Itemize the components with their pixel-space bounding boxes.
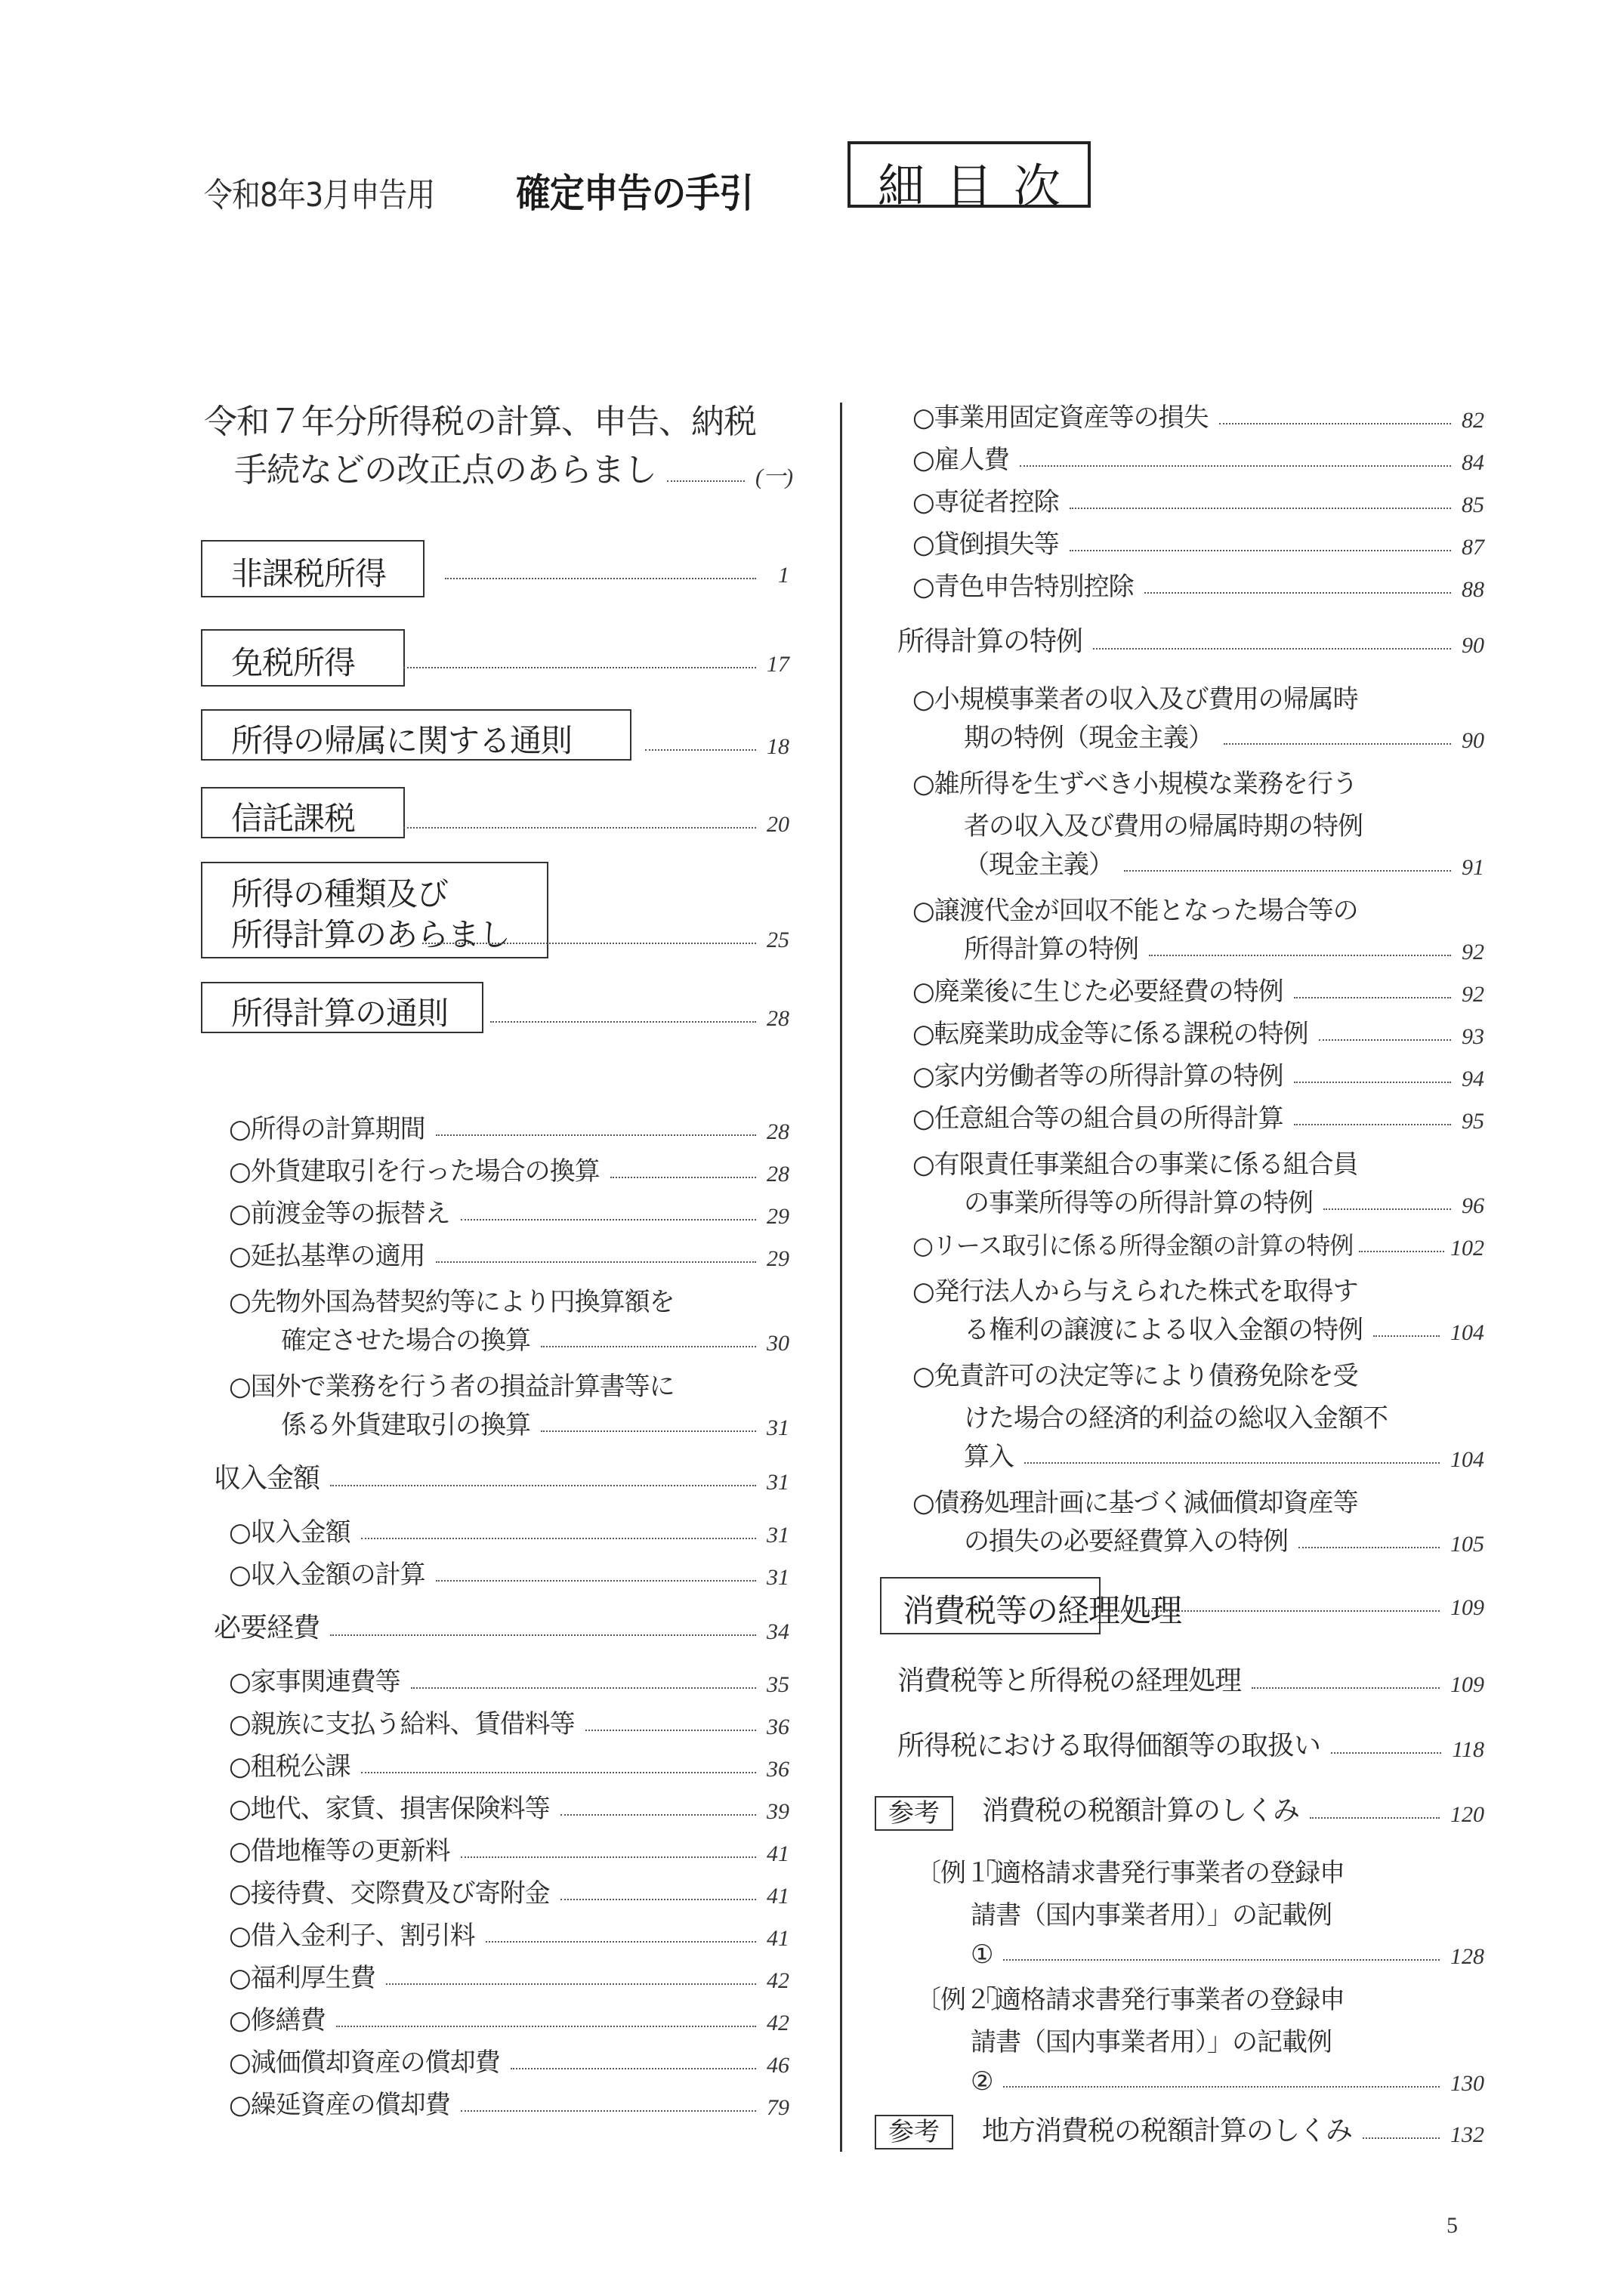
dot-leader (461, 1219, 756, 1221)
dot-leader (560, 1899, 756, 1900)
toc-entry[interactable]: ○転廃業助成金等に係る課税の特例93 (912, 1017, 1484, 1050)
toc-entry-label: 消費税等と所得税の経理処理 (897, 1659, 1241, 1698)
toc-entry[interactable]: の損失の必要経費算入の特例105 (964, 1524, 1484, 1557)
toc-entry-line: 請書（国内事業者用）」の記載例 (971, 2021, 1332, 2058)
toc-entry[interactable]: ○専従者控除85 (912, 485, 1484, 518)
toc-entry[interactable]: 消費税等と所得税の経理処理109 (897, 1665, 1484, 1698)
toc-page-number: 31 (767, 1470, 789, 1495)
dot-leader (645, 749, 756, 751)
toc-entry-label: 確定させた場合の換算 (281, 1319, 530, 1356)
section-box-kizoku[interactable]: 所得の帰属に関する通則 (201, 709, 631, 761)
toc-entry-hikazei[interactable]: 1 (434, 555, 789, 588)
toc-entry-line: ○免責許可の決定等により債務免除を受 (912, 1355, 1358, 1392)
toc-page-number: 25 (767, 927, 789, 953)
reference-badge: 参考 (875, 1796, 953, 1831)
toc-entry-line: 「適格請求書発行事業者の登録申 (971, 1979, 1345, 2016)
dot-leader (1294, 1124, 1451, 1125)
reference-badge: 参考 (875, 2115, 953, 2149)
dot-leader (386, 1983, 756, 1985)
section-box-shintaku[interactable]: 信託課税 (201, 787, 405, 838)
toc-entry-label: ○家事関連費等 (229, 1661, 400, 1698)
toc-entry-label: ○借入金利子、割引料 (229, 1915, 475, 1952)
toc-entry[interactable]: ○租税公課36 (229, 1749, 789, 1782)
toc-entry-consumption-tax[interactable]: 109 (1099, 1588, 1484, 1621)
toc-entry[interactable]: の事業所得等の所得計算の特例96 (964, 1186, 1484, 1219)
toc-entry-label: ○借地権等の更新料 (229, 1830, 450, 1867)
dot-leader (1224, 743, 1451, 745)
toc-page-number: 31 (767, 1415, 789, 1441)
dot-leader (403, 827, 756, 829)
dot-leader (1124, 870, 1451, 872)
dot-leader (361, 1538, 756, 1539)
toc-entry-line: けた場合の経済的利益の総収入金額不 (964, 1397, 1388, 1434)
dot-leader (1373, 1335, 1440, 1337)
toc-page-number: 34 (767, 1619, 789, 1645)
toc-page-number: 128 (1450, 1944, 1484, 1970)
toc-page-number: 85 (1462, 492, 1484, 518)
toc-entry[interactable]: 所得税における取得価額等の取扱い118 (897, 1730, 1484, 1763)
toc-entry-label: る権利の譲渡による収入金額の特例 (964, 1309, 1363, 1346)
toc-page-number: 41 (767, 1884, 789, 1909)
toc-entry-label: ○転廃業助成金等に係る課税の特例 (912, 1013, 1308, 1050)
toc-entry[interactable]: ○リース取引に係る所得金額の計算の特例102 (912, 1228, 1484, 1261)
toc-entry[interactable]: 所得計算の特例92 (964, 932, 1484, 965)
toc-entry-label: の損失の必要経費算入の特例 (964, 1520, 1288, 1557)
guide-edition-subtitle: 令和8年3月申告用 (204, 168, 434, 216)
toc-entry[interactable]: ○収入金額 31 (229, 1515, 789, 1548)
toc-entry-shurui[interactable]: 25 (412, 920, 789, 953)
toc-page-number: 31 (767, 1523, 789, 1548)
toc-page-number: 39 (767, 1799, 789, 1825)
toc-entry-label: ○接待費、交際費及び寄附金 (229, 1872, 550, 1909)
toc-page-number: 95 (1462, 1109, 1484, 1134)
dot-leader (436, 1261, 756, 1263)
toc-page-number: 36 (767, 1757, 789, 1782)
toc-entry-label: ○租税公課 (229, 1745, 350, 1782)
toc-entry-menzei[interactable]: 17 (393, 644, 789, 677)
dot-leader (403, 667, 756, 668)
toc-entry-label: ○事業用固定資産等の損失 (912, 397, 1209, 434)
toc-entry-label: の事業所得等の所得計算の特例 (964, 1182, 1313, 1219)
toc-entry-line: ○債務処理計画に基づく減価償却資産等 (912, 1482, 1358, 1519)
toc-entry-line: 者の収入及び費用の帰属時期の特例 (964, 805, 1363, 842)
dot-leader (1294, 1082, 1451, 1083)
toc-entry-label: ○親族に支払う給料、賃借料等 (229, 1703, 575, 1740)
toc-page-number: 104 (1450, 1320, 1484, 1346)
dot-leader (560, 1814, 756, 1816)
toc-page-number: 93 (1462, 1024, 1484, 1050)
toc-page-number: 91 (1462, 855, 1484, 881)
toc-page-number: 79 (767, 2095, 789, 2121)
dot-leader (436, 1134, 756, 1136)
dot-leader (667, 480, 745, 482)
toc-page-number: 31 (767, 1565, 789, 1591)
section-box-menzei[interactable]: 免税所得 (201, 629, 405, 687)
dot-leader (445, 578, 756, 579)
section-box-label: 所得の帰属に関する通則 (231, 716, 572, 761)
toc-entry[interactable]: （現金主義）91 (964, 847, 1484, 881)
dot-leader (1294, 997, 1451, 998)
toc-page-number: 87 (1462, 535, 1484, 560)
toc-page-number: 92 (1462, 982, 1484, 1008)
dot-leader (1331, 1752, 1441, 1754)
dot-leader (486, 1941, 756, 1943)
toc-page-number: 42 (767, 1968, 789, 1994)
dot-leader (411, 1687, 756, 1689)
toc-entry-line: ○先物外国為替契約等により円換算額を (229, 1281, 675, 1318)
toc-subsection-expenses[interactable]: 必要経費 34 (214, 1612, 789, 1645)
toc-entry[interactable]: ○修繕費42 (229, 2003, 789, 2036)
section-box-label: 信託課税 (231, 794, 355, 839)
toc-entry-line: ○譲渡代金が回収不能となった場合等の (912, 890, 1358, 927)
dot-leader (490, 1021, 756, 1023)
toc-entry-reference-consumption[interactable]: 消費税の税額計算のしくみ120 (982, 1795, 1484, 1828)
section-box-tsuusoku[interactable]: 所得計算の通則 (201, 982, 483, 1033)
intro-line-1: 令和７年分所得税の計算、申告、納税 (204, 394, 756, 443)
toc-entry[interactable]: ○雇人費84 (912, 443, 1484, 476)
toc-page-number: 118 (1452, 1737, 1484, 1763)
toc-entry-label: 期の特例（現金主義） (964, 717, 1213, 754)
toc-entry-line: ○小規模事業者の収入及び費用の帰属時 (912, 678, 1358, 715)
dot-leader (1093, 648, 1451, 650)
toc-entry[interactable]: ○家事関連費等35 (229, 1665, 789, 1698)
toc-entry[interactable]: ○借地権等の更新料41 (229, 1834, 789, 1867)
detailed-toc-badge-label: 細目次 (851, 149, 1088, 216)
dot-leader (1003, 1959, 1440, 1961)
toc-entry-label: ○任意組合等の組合員の所得計算 (912, 1097, 1283, 1134)
toc-entry-label: 所得税における取得価額等の取扱い (897, 1724, 1320, 1763)
toc-entry-line: ○発行法人から与えられた株式を取得す (912, 1270, 1358, 1307)
toc-page-number: 17 (767, 652, 789, 677)
toc-entry-line: ○国外で業務を行う者の損益計算書等に (229, 1366, 675, 1403)
dot-leader (1070, 508, 1451, 509)
toc-subsection-special[interactable]: 所得計算の特例90 (897, 625, 1484, 659)
column-divider (840, 403, 842, 2152)
toc-entry-label: ○修繕費 (229, 1999, 326, 2036)
dot-leader (422, 943, 756, 944)
toc-entry-label: 収入金額 (214, 1457, 320, 1495)
toc-entry-line: 「適格請求書発行事業者の登録申 (971, 1852, 1345, 1889)
toc-page-number: 88 (1462, 577, 1484, 603)
toc-page-number: 120 (1450, 1802, 1484, 1828)
dot-leader (461, 2110, 756, 2112)
toc-entry-label: 係る外貨建取引の換算 (281, 1404, 530, 1441)
dot-leader (1003, 2086, 1440, 2088)
toc-entry-label: ○廃業後に生じた必要経費の特例 (912, 971, 1283, 1008)
toc-entry[interactable]: ○貸倒損失等87 (912, 527, 1484, 560)
toc-entry-reference-local-consumption[interactable]: 地方消費税の税額計算のしくみ132 (982, 2115, 1484, 2148)
toc-page-number: 109 (1450, 1672, 1484, 1698)
toc-entry-label: ○収入金額の計算 (229, 1554, 425, 1591)
dot-leader (1149, 955, 1451, 956)
circled-number-2: ② (971, 2066, 993, 2097)
toc-page-number: 29 (767, 1246, 789, 1272)
toc-page-number: 90 (1462, 633, 1484, 659)
dot-leader (1110, 1610, 1440, 1612)
toc-entry[interactable]: ○所得の計算期間 28 (229, 1112, 789, 1145)
toc-entry[interactable]: 確定させた場合の換算 30 (281, 1323, 789, 1356)
detailed-toc-badge: 細目次 (848, 141, 1091, 208)
toc-entry-shintaku[interactable]: 20 (393, 804, 789, 838)
page-number: 5 (1446, 2213, 1458, 2239)
toc-entry-label: ○延払基準の適用 (229, 1235, 425, 1272)
toc-entry[interactable]: 期の特例（現金主義）90 (964, 721, 1484, 754)
dot-leader (461, 1856, 756, 1858)
toc-page-number: 96 (1462, 1193, 1484, 1219)
toc-entry[interactable]: 係る外貨建取引の換算 31 (281, 1408, 789, 1441)
toc-entry-label: 消費税の税額計算のしくみ (982, 1789, 1299, 1828)
toc-entry[interactable]: ○外貨建取引を行った場合の換算 28 (229, 1154, 789, 1187)
toc-entry-label: ○リース取引に係る所得金額の計算の特例 (912, 1227, 1353, 1261)
toc-entry-label: ○福利厚生費 (229, 1957, 375, 1994)
toc-entry-kizoku[interactable]: 18 (634, 727, 789, 760)
dot-leader (1310, 1817, 1440, 1819)
dot-leader (1363, 2137, 1440, 2139)
toc-page-number: 35 (767, 1672, 789, 1698)
toc-entry[interactable]: ○前渡金等の振替え 29 (229, 1196, 789, 1230)
dot-leader (541, 1346, 756, 1347)
toc-entry-label: 算入 (964, 1436, 1014, 1473)
dot-leader (610, 1177, 756, 1178)
toc-page-number: 104 (1450, 1447, 1484, 1473)
toc-entry[interactable]: ○収入金額の計算 31 (229, 1557, 789, 1591)
toc-page-number: 41 (767, 1926, 789, 1952)
toc-page-number: 92 (1462, 940, 1484, 965)
toc-page-number: 84 (1462, 450, 1484, 476)
toc-page-number: 18 (767, 734, 789, 760)
toc-entry-label: ○外貨建取引を行った場合の換算 (229, 1150, 600, 1187)
dot-leader (1070, 550, 1451, 551)
toc-page-number: 90 (1462, 728, 1484, 754)
toc-entry[interactable]: ○繰延資産の償却費79 (229, 2088, 789, 2121)
toc-entry-label: ○専従者控除 (912, 481, 1059, 518)
toc-entry-line: ○有限責任事業組合の事業に係る組合員 (912, 1143, 1358, 1180)
section-box-label: 非課税所得 (231, 549, 386, 594)
toc-entry-line: ○雑所得を生ずべき小規模な業務を行う (912, 763, 1357, 800)
toc-entry[interactable]: ○接待費、交際費及び寄附金41 (229, 1876, 789, 1909)
toc-entry[interactable]: ○廃業後に生じた必要経費の特例92 (912, 974, 1484, 1008)
circled-number-1: ① (971, 1940, 993, 1970)
toc-page-number: 28 (767, 1119, 789, 1145)
toc-entry[interactable]: ○事業用固定資産等の損失82 (912, 400, 1484, 434)
toc-entry[interactable]: ○青色申告特別控除88 (912, 569, 1484, 603)
dot-leader (1252, 1687, 1440, 1689)
toc-entry-tsuusoku[interactable]: 28 (480, 998, 789, 1032)
toc-page-number: 20 (767, 812, 789, 838)
toc-subsection-income[interactable]: 収入金額 31 (214, 1462, 789, 1495)
toc-entry[interactable]: ○任意組合等の組合員の所得計算95 (912, 1101, 1484, 1134)
toc-page-number: 109 (1450, 1595, 1484, 1621)
toc-entry[interactable]: ○親族に支払う給料、賃借料等36 (229, 1707, 789, 1740)
toc-entry-label: 所得計算の特例 (964, 928, 1138, 965)
toc-entry[interactable]: ○減価償却資産の償却費46 (229, 2045, 789, 2079)
toc-page-number: 29 (767, 1204, 789, 1230)
toc-entry-example-2[interactable]: ②130 (971, 2063, 1484, 2097)
toc-entry-label: ○地代、家賃、損害保険料等 (229, 1788, 550, 1825)
dot-leader (511, 2068, 756, 2069)
toc-entry[interactable]: ○福利厚生費42 (229, 1961, 789, 1994)
toc-page-number: 94 (1462, 1066, 1484, 1092)
toc-entry[interactable]: ○延払基準の適用 29 (229, 1239, 789, 1272)
toc-page-number: 105 (1450, 1532, 1484, 1557)
dot-leader (1298, 1547, 1440, 1548)
toc-entry-label: ○繰延資産の償却費 (229, 2084, 450, 2121)
section-box-consumption-tax[interactable]: 消費税等の経理処理 (880, 1577, 1101, 1634)
dot-leader (541, 1430, 756, 1432)
dot-leader (336, 2026, 756, 2027)
toc-page-number: 42 (767, 2011, 789, 2036)
toc-page-number: 28 (767, 1162, 789, 1187)
toc-entry[interactable]: ○借入金利子、割引料41 (229, 1918, 789, 1952)
toc-entry[interactable]: ○家内労働者等の所得計算の特例94 (912, 1059, 1484, 1092)
dot-leader (1144, 592, 1451, 594)
dot-leader (1020, 465, 1451, 467)
toc-entry[interactable]: る権利の譲渡による収入金額の特例104 (964, 1313, 1484, 1346)
toc-entry-label: 地方消費税の税額計算のしくみ (982, 2109, 1352, 2148)
toc-page-number: 30 (767, 1331, 789, 1356)
toc-entry[interactable]: ○地代、家賃、損害保険料等39 (229, 1792, 789, 1825)
dot-leader (330, 1485, 756, 1486)
toc-page-number: 82 (1462, 408, 1484, 434)
toc-entry-label: 所得計算の特例 (897, 620, 1082, 659)
toc-entry-label: ○減価償却資産の償却費 (229, 2041, 500, 2079)
dot-leader (585, 1730, 756, 1731)
dot-leader (1319, 1039, 1451, 1041)
toc-entry-label: 必要経費 (214, 1606, 320, 1645)
toc-entry-label: 手続などの改正点のあらまし (234, 443, 656, 491)
toc-entry-label: ○家内労働者等の所得計算の特例 (912, 1055, 1283, 1092)
section-box-label-line1: 所得の種類及び (231, 869, 448, 915)
toc-page-number: 130 (1450, 2071, 1484, 2097)
dot-leader (1359, 1251, 1444, 1252)
toc-page-number: 46 (767, 2053, 789, 2079)
dot-leader (1024, 1462, 1440, 1464)
dot-leader (436, 1580, 756, 1582)
toc-entry-label: ○雇人費 (912, 439, 1009, 476)
toc-entry-line: 請書（国内事業者用）」の記載例 (971, 1894, 1332, 1931)
toc-entry-label: ○前渡金等の振替え (229, 1193, 450, 1230)
section-box-label: 所得計算の通則 (231, 989, 448, 1034)
toc-entry[interactable]: 算入104 (964, 1440, 1484, 1473)
toc-page-number: (一) (755, 458, 793, 491)
toc-entry-label: ○収入金額 (229, 1511, 350, 1548)
toc-page-number: 102 (1450, 1236, 1484, 1261)
guide-title: 確定申告の手引 (516, 162, 753, 218)
section-box-hikazei[interactable]: 非課税所得 (201, 540, 425, 597)
toc-page-number: 36 (767, 1714, 789, 1740)
toc-page-number: 28 (767, 1006, 789, 1032)
toc-page-number: 41 (767, 1841, 789, 1867)
dot-leader (1219, 423, 1451, 424)
toc-entry-label: ○貸倒損失等 (912, 523, 1059, 560)
toc-page-number: 1 (767, 563, 789, 588)
dot-leader (330, 1634, 756, 1636)
toc-entry-example-1[interactable]: ①128 (971, 1937, 1484, 1970)
toc-entry-label: ○青色申告特別控除 (912, 566, 1134, 603)
toc-entry-label: ○所得の計算期間 (229, 1108, 425, 1145)
toc-entry-intro[interactable]: 手続などの改正点のあらまし (一) (234, 449, 793, 491)
toc-page-number: 132 (1450, 2122, 1484, 2148)
toc-entry-label: （現金主義） (964, 844, 1113, 881)
section-box-label: 免税所得 (231, 638, 355, 684)
dot-leader (361, 1772, 756, 1773)
dot-leader (1323, 1208, 1451, 1210)
